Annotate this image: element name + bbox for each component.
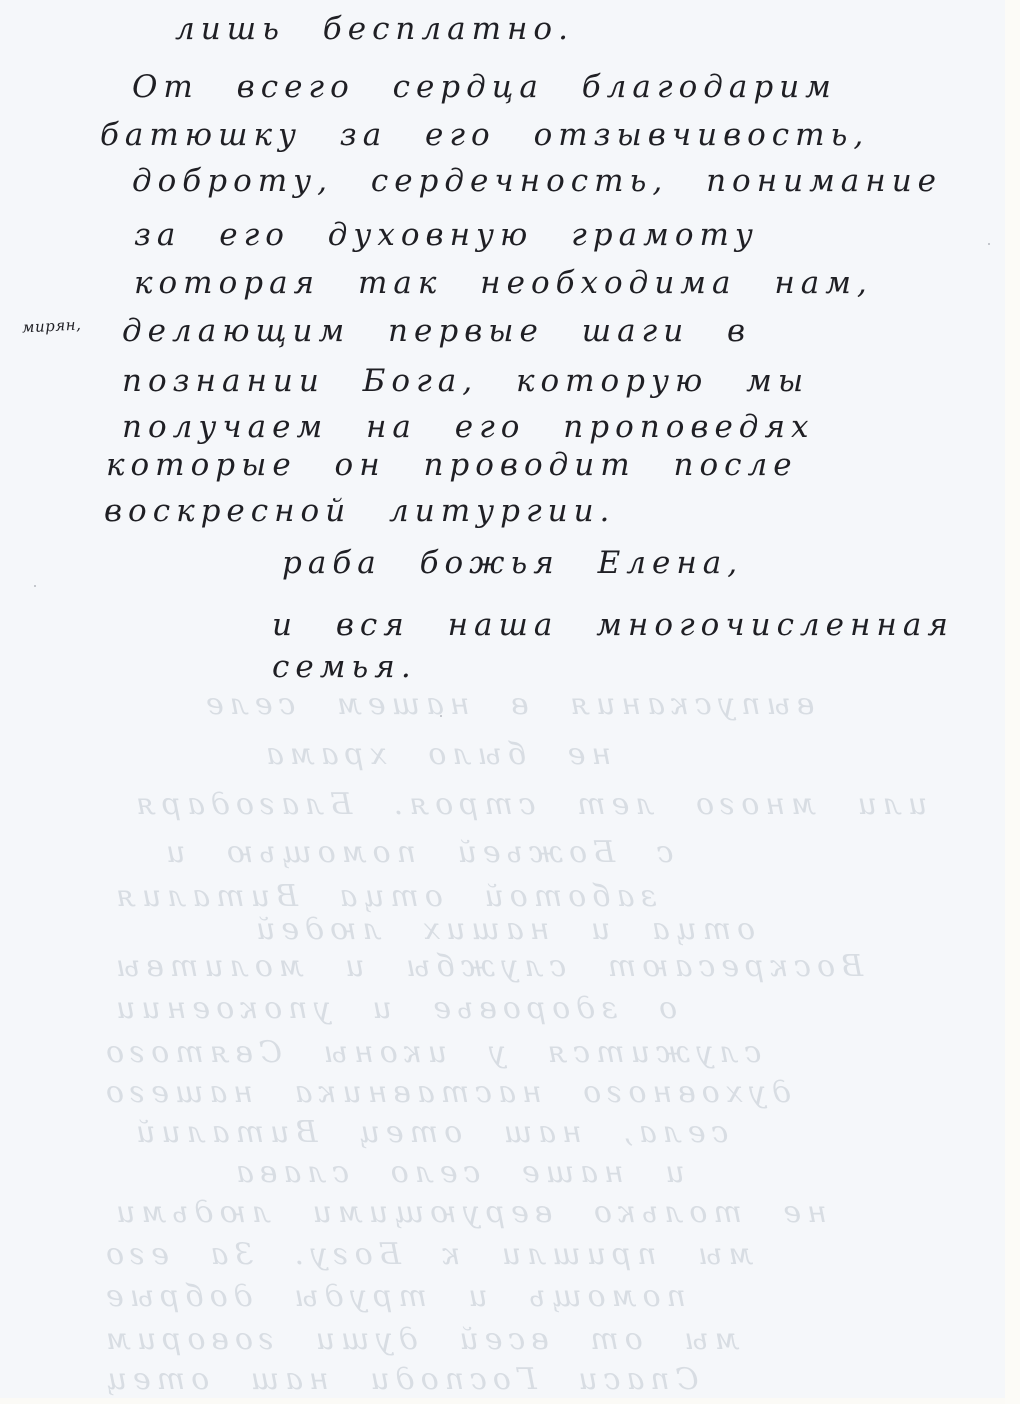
bleed-through-line: мы от всей души говорим (100, 1325, 740, 1355)
letter-line: семья. (272, 652, 417, 683)
bleed-through-line: не только верующими людьми (110, 1198, 827, 1228)
letter-line: которая так необходима нам, (134, 268, 873, 299)
letter-line: От всего сердца благодарим (132, 72, 837, 103)
letter-line: батюшку за его отзывчивость, (100, 120, 869, 151)
bleed-through-line: мы пришли к Богу. За его (100, 1240, 753, 1270)
letter-line: раба божья Елена, (282, 548, 743, 579)
bleed-through-line: Спаси Господи наш отец (100, 1365, 699, 1395)
bleed-through-line: помощь и труды добрые (100, 1282, 686, 1312)
bleed-through-line: или много лет строя. Благодаря (130, 790, 927, 820)
letter-line: за его духовную грамоту (134, 220, 759, 251)
letter-line: познании Бога, которую мы (122, 366, 809, 397)
bleed-through-line: с Божьей помощью и (160, 838, 673, 868)
letter-line: которые он проводит после (106, 450, 798, 481)
letter-line: воскресной литургии. (104, 496, 615, 527)
letter-line: лишь бесплатно. (175, 14, 574, 45)
bleed-through-line: Воскресают службы и молитвы (110, 952, 863, 982)
letter-page: выпускания в нашем селе не было храма ил… (0, 0, 1005, 1398)
bleed-through-line: служится у иконы Святого (100, 1038, 761, 1068)
bleed-through-line: не было храма (260, 740, 611, 770)
paper-edge (1005, 0, 1020, 1404)
bleed-through-line: о здоровье и упокоении (110, 994, 677, 1024)
scan-speck (440, 715, 442, 717)
bleed-through-line: заботой отца Виталия (110, 882, 657, 912)
scan-speck (34, 585, 36, 587)
scan-speck (988, 243, 990, 245)
letter-line: и вся наша многочисленная (272, 610, 954, 641)
bleed-through-line: и наше село слава (230, 1158, 685, 1188)
bleed-through-line: духовного наставника нашего (100, 1078, 791, 1108)
letter-line: получаем на его проповедях (122, 412, 814, 443)
letter-line: доброту, сердечность, понимание (132, 166, 942, 197)
bleed-through-line: отца и наших людей (250, 915, 755, 945)
bleed-through-line: выпускания в нашем селе (200, 690, 814, 720)
margin-note: мирян, (22, 315, 82, 336)
letter-line: делающим первые шаги в (122, 316, 751, 347)
bleed-through-line: села, наш отец Виталий (130, 1118, 728, 1148)
